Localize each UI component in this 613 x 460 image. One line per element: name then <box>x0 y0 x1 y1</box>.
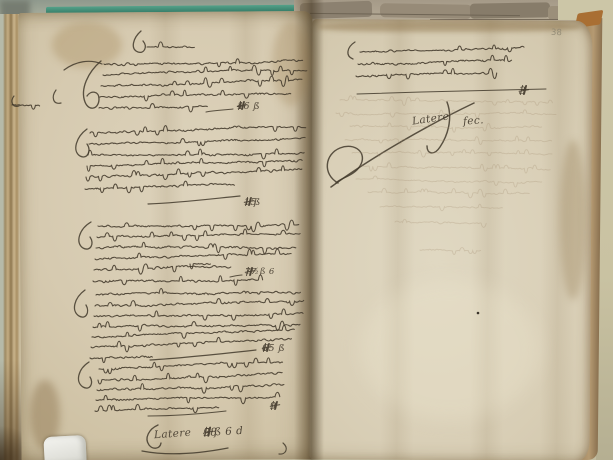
fec-note: fec. <box>463 114 485 127</box>
amount-shillings: 17 ß 6 <box>245 267 275 277</box>
paper-stain <box>560 140 586 300</box>
deckle-stain <box>318 22 580 32</box>
frayed-patch <box>470 2 550 18</box>
frayed-patch <box>380 3 472 19</box>
paper-cockle-band <box>228 11 265 459</box>
folio-number: 38 <box>551 28 562 38</box>
paper-stain <box>52 22 122 68</box>
manuscript-photo: 38 416 ß 151 ß 7½17 ß 6 615 ß 9 Latere 5… <box>0 0 613 460</box>
paper-cockle-band <box>148 12 185 460</box>
paper-highlight <box>360 280 540 420</box>
amount-shillings: 15 ß <box>262 343 285 354</box>
amount-shillings: 1 ß <box>244 197 261 208</box>
paper-stain <box>272 22 310 106</box>
amount-shillings: 16 ß <box>237 101 260 112</box>
page-marker-tab <box>43 435 86 460</box>
amount-shillings: 9 ß 6 d <box>203 425 243 439</box>
left-page <box>18 11 315 460</box>
pound-crossbar <box>518 89 528 92</box>
